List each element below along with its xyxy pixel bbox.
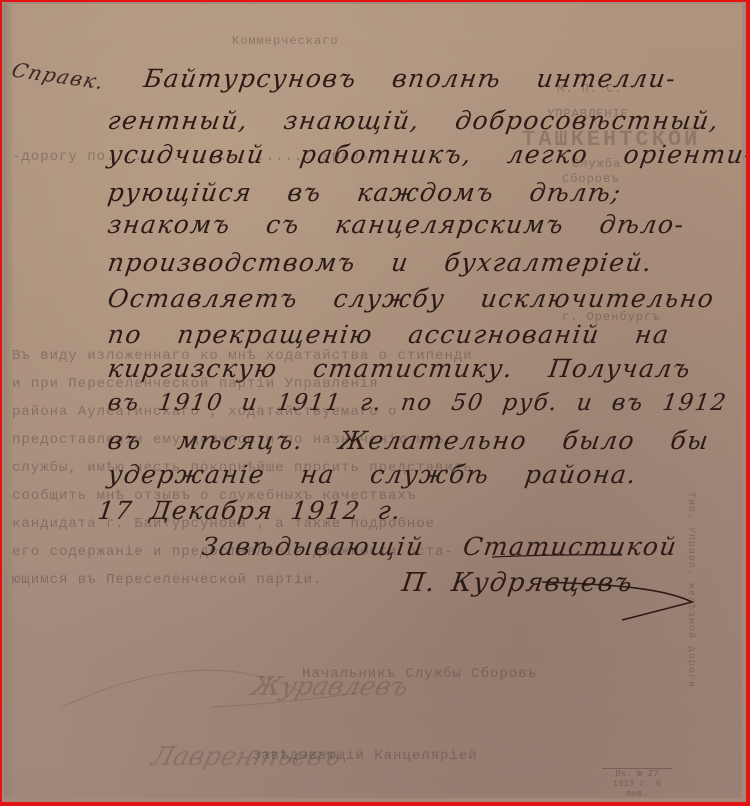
handwritten-line: въ мѣсяцъ. Желательно было бы bbox=[106, 426, 711, 455]
stamp-number: Вх. № 27 bbox=[602, 769, 672, 779]
registry-stamp: Вх. № 27 1913 г. 6 янв. bbox=[602, 768, 672, 799]
pencil-signature: Лаврентьевъ bbox=[148, 742, 344, 772]
handwritten-line: производствомъ и бухгалтеріей. bbox=[106, 248, 655, 277]
handwritten-line: по прекращенію ассигнованій на bbox=[106, 320, 672, 349]
handwritten-line: гентный, знающій, добросовѣстный, bbox=[106, 106, 721, 135]
handwritten-line: киргизскую статистику. Получалъ bbox=[106, 354, 693, 383]
handwritten-date: 17 Декабря 1912 г. bbox=[96, 496, 404, 525]
stamp-date: 1913 г. 6 янв. bbox=[602, 779, 672, 799]
paper-left-edge bbox=[4, 4, 14, 798]
handwritten-line: знакомъ съ канцелярскимъ дѣло- bbox=[106, 210, 687, 239]
typed-margin-vertical: Тип. Управл. желѣзной дороги bbox=[685, 492, 696, 688]
handwritten-line: въ 1910 и 1911 г. по 50 руб. и въ 1912 г… bbox=[106, 390, 750, 416]
signature: П. Кудрявцевъ bbox=[400, 568, 636, 598]
typed-top-line: Коммерческаго bbox=[232, 34, 339, 48]
handwritten-line: рующійся въ каждомъ дѣлѣ; bbox=[106, 178, 624, 207]
signature-title: Завѣдывающій Статистикой bbox=[200, 532, 679, 561]
document-frame: Коммерческаго М. П. С. УПРАВЛЕНІЕ ТАШКЕН… bbox=[0, 0, 750, 806]
pencil-signature: Журавлевъ bbox=[248, 672, 412, 702]
handwritten-line: Оставляетъ службу исключительно bbox=[106, 284, 717, 313]
handwritten-line: удержаніе на службѣ района. bbox=[106, 460, 639, 489]
handwritten-line: усидчивый работникъ, легко оріенти- bbox=[106, 140, 750, 169]
handwritten-line: Байтурсуновъ вполнѣ интелли- bbox=[142, 64, 678, 93]
typed-body-line: ющимся въ Переселенческой партіи. bbox=[12, 572, 322, 588]
